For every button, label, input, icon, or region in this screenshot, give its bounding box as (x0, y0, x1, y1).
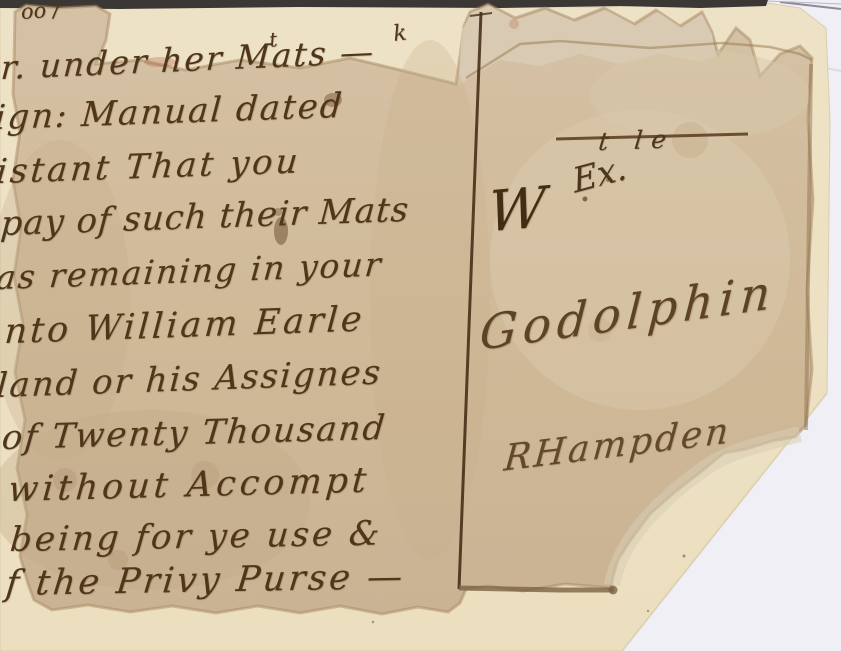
manuscript-line: being for ye use & (8, 514, 383, 561)
manuscript-line: nto William Earle (3, 299, 366, 352)
docket-mark: Ex. (570, 148, 629, 202)
handwriting-layer: oo / t k r. under her Mats — ign: Manual… (0, 0, 841, 651)
manuscript-top-fragment: oo / (20, 0, 61, 24)
manuscript-line: istant That you (0, 141, 302, 192)
manuscript-line: r. under her Mats — (0, 32, 376, 87)
manuscript-superscript: k (392, 21, 408, 47)
docket-flourish: W (487, 175, 548, 246)
manuscript-line: ign: Manual dated (0, 86, 345, 138)
manuscript-line: without Accompt (7, 461, 372, 511)
manuscript-line: f the Privy Purse — (4, 557, 407, 604)
manuscript-scan: oo / t k r. under her Mats — ign: Manual… (0, 0, 841, 651)
signature: Godolphin (478, 264, 778, 362)
manuscript-line: pay of such their Mats (0, 190, 411, 244)
manuscript-line: of Twenty Thousand (0, 408, 388, 458)
manuscript-line: as remaining in your (0, 245, 384, 298)
signature: RHampden (502, 410, 733, 480)
manuscript-line: land or his Assignes (0, 353, 383, 407)
